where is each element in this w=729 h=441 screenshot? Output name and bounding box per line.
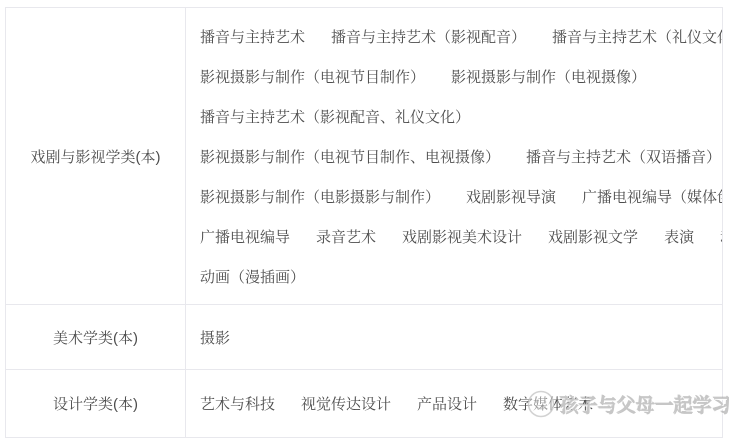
major-item: 播音与主持艺术（影视配音） [331,26,526,47]
major-item: 广播电视编导 [200,226,290,247]
category-cell: 美术学类(本) [6,305,186,369]
majors-line: 影视摄影与制作（电视节目制作、电视摄像）播音与主持艺术（双语播音） [200,136,708,176]
majors-line: 广播电视编导录音艺术戏剧影视美术设计戏剧影视文学表演动画 [200,216,708,256]
major-item: 影视摄影与制作（电视节目制作） [200,66,425,87]
majors-line: 影视摄影与制作（电影摄影与制作）戏剧影视导演广播电视编导（媒体创意） [200,176,708,216]
major-item: 产品设计 [417,393,477,414]
major-item: 播音与主持艺术（影视配音、礼仪文化） [200,106,470,127]
category-label: 美术学类(本) [53,327,138,348]
major-item: 录音艺术 [316,226,376,247]
majors-line: 播音与主持艺术播音与主持艺术（影视配音）播音与主持艺术（礼仪文化） [200,16,708,56]
majors-line: 动画（漫插画） [200,256,708,296]
major-item: 摄影 [200,327,230,348]
major-item: 影视摄影与制作（电影摄影与制作） [200,186,440,207]
category-label: 设计学类(本) [53,393,138,414]
category-cell: 设计学类(本) [6,370,186,437]
table-row: 设计学类(本)艺术与科技视觉传达设计产品设计数字媒体艺术 [6,369,722,437]
major-item: 视觉传达设计 [301,393,391,414]
majors-cell: 播音与主持艺术播音与主持艺术（影视配音）播音与主持艺术（礼仪文化）影视摄影与制作… [186,8,722,304]
major-item: 动画 [720,226,722,247]
major-item: 戏剧影视美术设计 [402,226,522,247]
majors-cell: 摄影 [186,305,722,369]
major-item: 播音与主持艺术 [200,26,305,47]
majors-line: 艺术与科技视觉传达设计产品设计数字媒体艺术 [200,384,708,424]
category-cell: 戏剧与影视学类(本) [6,8,186,304]
major-item: 影视摄影与制作（电视节目制作、电视摄像） [200,146,500,167]
major-item: 播音与主持艺术（礼仪文化） [552,26,722,47]
major-item: 播音与主持艺术（双语播音） [526,146,721,167]
major-item: 动画（漫插画） [200,266,305,287]
majors-line: 播音与主持艺术（影视配音、礼仪文化） [200,96,708,136]
major-item: 表演 [664,226,694,247]
majors-line: 摄影 [200,317,708,357]
table-row: 美术学类(本)摄影 [6,304,722,369]
majors-cell: 艺术与科技视觉传达设计产品设计数字媒体艺术 [186,370,722,437]
major-item: 广播电视编导（媒体创意） [582,186,722,207]
major-item: 艺术与科技 [200,393,275,414]
table-row: 戏剧与影视学类(本)播音与主持艺术播音与主持艺术（影视配音）播音与主持艺术（礼仪… [6,8,722,304]
major-item: 影视摄影与制作（电视摄像） [451,66,646,87]
major-item: 戏剧影视文学 [548,226,638,247]
major-item: 数字媒体艺术 [503,393,593,414]
major-item: 戏剧影视导演 [466,186,556,207]
category-label: 戏剧与影视学类(本) [31,146,161,167]
majors-table: 戏剧与影视学类(本)播音与主持艺术播音与主持艺术（影视配音）播音与主持艺术（礼仪… [5,7,723,438]
majors-line: 影视摄影与制作（电视节目制作）影视摄影与制作（电视摄像） [200,56,708,96]
